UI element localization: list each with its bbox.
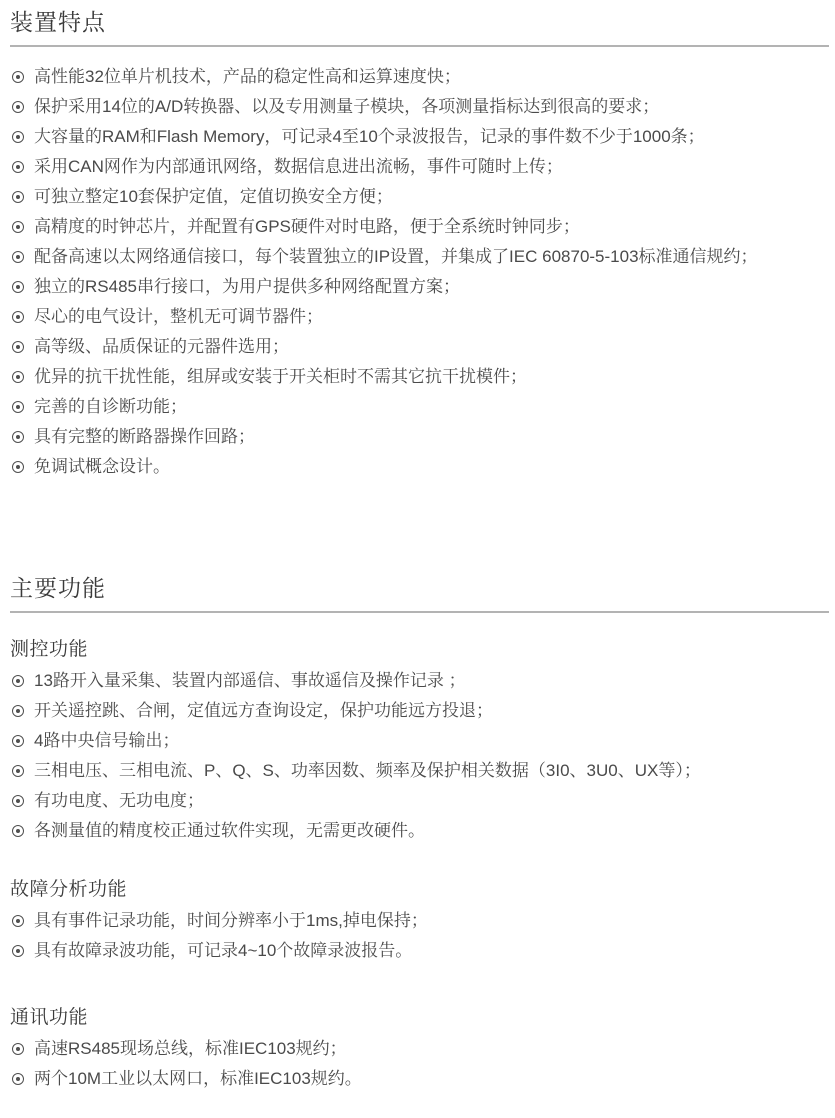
list-item-text: 高等级、品质保证的元器件选用； (34, 332, 289, 362)
list-item: 4路中央信号输出； (10, 726, 829, 756)
section-title-main-functions: 主要功能 (10, 574, 829, 602)
list-item-text: 高性能32位单片机技术，产品的稳定性高和运算速度快； (34, 62, 461, 92)
list-item-text: 免调试概念设计。 (34, 452, 170, 482)
fault-analysis-list: 具有事件记录功能，时间分辨率小于1ms,掉电保持； 具有故障录波功能，可记录4~… (10, 906, 829, 966)
circle-dot-bullet-icon (12, 1043, 24, 1055)
circle-dot-bullet-icon (12, 461, 24, 473)
circle-dot-bullet-icon (12, 371, 24, 383)
list-item: 具有故障录波功能，可记录4~10个故障录波报告。 (10, 936, 829, 966)
circle-dot-bullet-icon (12, 825, 24, 837)
circle-dot-bullet-icon (12, 675, 24, 687)
list-item-text: 尽心的电气设计，整机无可调节器件； (34, 302, 323, 332)
circle-dot-bullet-icon (12, 221, 24, 233)
circle-dot-bullet-icon (12, 1073, 24, 1085)
list-item: 高性能32位单片机技术，产品的稳定性高和运算速度快； (10, 62, 829, 92)
list-item: 独立的RS485串行接口，为用户提供多种网络配置方案； (10, 272, 829, 302)
circle-dot-bullet-icon (12, 705, 24, 717)
list-item: 大容量的RAM和Flash Memory，可记录4至10个录波报告，记录的事件数… (10, 122, 829, 152)
circle-dot-bullet-icon (12, 101, 24, 113)
list-item-text: 具有完整的断路器操作回路； (34, 422, 255, 452)
group-subtitle-communication: 通讯功能 (10, 1006, 829, 1030)
circle-dot-bullet-icon (12, 945, 24, 957)
list-item-text: 采用CAN网作为内部通讯网络，数据信息进出流畅，事件可随时上传； (34, 152, 563, 182)
document-page: 装置特点 高性能32位单片机技术，产品的稳定性高和运算速度快； 保护采用14位的… (0, 0, 835, 1118)
list-item: 各测量值的精度校正通过软件实现，无需更改硬件。 (10, 816, 829, 846)
list-item: 可独立整定10套保护定值，定值切换安全方便； (10, 182, 829, 212)
section-header: 主要功能 (10, 572, 829, 613)
device-features-list: 高性能32位单片机技术，产品的稳定性高和运算速度快； 保护采用14位的A/D转换… (10, 62, 829, 482)
group-fault-analysis: 故障分析功能 具有事件记录功能，时间分辨率小于1ms,掉电保持； 具有故障录波功… (10, 878, 829, 966)
circle-dot-bullet-icon (12, 431, 24, 443)
list-item-text: 可独立整定10套保护定值，定值切换安全方便； (34, 182, 393, 212)
circle-dot-bullet-icon (12, 341, 24, 353)
list-item-text: 13路开入量采集、装置内部遥信、事故遥信及操作记录 ； (34, 666, 466, 696)
list-item-text: 独立的RS485串行接口，为用户提供多种网络配置方案； (34, 272, 460, 302)
circle-dot-bullet-icon (12, 735, 24, 747)
list-item-text: 两个10M工业以太网口，标准IEC103规约。 (34, 1064, 362, 1094)
circle-dot-bullet-icon (12, 311, 24, 323)
list-item-text: 4路中央信号输出； (34, 726, 179, 756)
circle-dot-bullet-icon (12, 251, 24, 263)
group-subtitle-fault-analysis: 故障分析功能 (10, 878, 829, 902)
list-item-text: 大容量的RAM和Flash Memory，可记录4至10个录波报告，记录的事件数… (34, 122, 705, 152)
list-item: 具有事件记录功能，时间分辨率小于1ms,掉电保持； (10, 906, 829, 936)
circle-dot-bullet-icon (12, 915, 24, 927)
circle-dot-bullet-icon (12, 401, 24, 413)
list-item-text: 有功电度、无功电度； (34, 786, 204, 816)
list-item: 具有完整的断路器操作回路； (10, 422, 829, 452)
list-item-text: 高速RS485现场总线，标准IEC103规约； (34, 1034, 347, 1064)
list-item-text: 各测量值的精度校正通过软件实现，无需更改硬件。 (34, 816, 425, 846)
circle-dot-bullet-icon (12, 71, 24, 83)
list-item: 高等级、品质保证的元器件选用； (10, 332, 829, 362)
list-item: 高速RS485现场总线，标准IEC103规约； (10, 1034, 829, 1064)
group-communication: 通讯功能 高速RS485现场总线，标准IEC103规约； 两个10M工业以太网口… (10, 1006, 829, 1094)
section-device-features: 装置特点 高性能32位单片机技术，产品的稳定性高和运算速度快； 保护采用14位的… (10, 6, 829, 482)
list-item: 尽心的电气设计，整机无可调节器件； (10, 302, 829, 332)
list-item: 开关遥控跳、合闸，定值远方查询设定，保护功能远方投退； (10, 696, 829, 726)
list-item: 保护采用14位的A/D转换器、以及专用测量子模块，各项测量指标达到很高的要求； (10, 92, 829, 122)
measure-control-list: 13路开入量采集、装置内部遥信、事故遥信及操作记录 ； 开关遥控跳、合闸，定值远… (10, 666, 829, 846)
list-item-text: 具有故障录波功能，可记录4~10个故障录波报告。 (34, 936, 412, 966)
list-item: 三相电压、三相电流、P、Q、S、功率因数、频率及保护相关数据（3I0、3U0、U… (10, 756, 829, 786)
list-item: 高精度的时钟芯片，并配置有GPS硬件对时电路，便于全系统时钟同步； (10, 212, 829, 242)
list-item: 完善的自诊断功能； (10, 392, 829, 422)
list-item: 采用CAN网作为内部通讯网络，数据信息进出流畅，事件可随时上传； (10, 152, 829, 182)
list-item-text: 优异的抗干扰性能，组屏或安装于开关柜时不需其它抗干扰模件； (34, 362, 527, 392)
list-item-text: 具有事件记录功能，时间分辨率小于1ms,掉电保持； (34, 906, 428, 936)
section-title-device-features: 装置特点 (10, 8, 829, 36)
circle-dot-bullet-icon (12, 161, 24, 173)
section-header: 装置特点 (10, 6, 829, 47)
list-item: 两个10M工业以太网口，标准IEC103规约。 (10, 1064, 829, 1094)
list-item-text: 开关遥控跳、合闸，定值远方查询设定，保护功能远方投退； (34, 696, 493, 726)
circle-dot-bullet-icon (12, 765, 24, 777)
group-measure-control: 测控功能 13路开入量采集、装置内部遥信、事故遥信及操作记录 ； 开关遥控跳、合… (10, 638, 829, 846)
circle-dot-bullet-icon (12, 191, 24, 203)
list-item: 13路开入量采集、装置内部遥信、事故遥信及操作记录 ； (10, 666, 829, 696)
circle-dot-bullet-icon (12, 281, 24, 293)
circle-dot-bullet-icon (12, 131, 24, 143)
list-item: 有功电度、无功电度； (10, 786, 829, 816)
list-item-text: 三相电压、三相电流、P、Q、S、功率因数、频率及保护相关数据（3I0、3U0、U… (34, 756, 701, 786)
group-subtitle-measure-control: 测控功能 (10, 638, 829, 662)
list-item: 优异的抗干扰性能，组屏或安装于开关柜时不需其它抗干扰模件； (10, 362, 829, 392)
list-item-text: 保护采用14位的A/D转换器、以及专用测量子模块，各项测量指标达到很高的要求； (34, 92, 659, 122)
list-item: 免调试概念设计。 (10, 452, 829, 482)
list-item: 配备高速以太网络通信接口，每个装置独立的IP设置，并集成了IEC 60870-5… (10, 242, 829, 272)
list-item-text: 完善的自诊断功能； (34, 392, 187, 422)
communication-list: 高速RS485现场总线，标准IEC103规约； 两个10M工业以太网口，标准IE… (10, 1034, 829, 1094)
list-item-text: 高精度的时钟芯片，并配置有GPS硬件对时电路，便于全系统时钟同步； (34, 212, 580, 242)
list-item-text: 配备高速以太网络通信接口，每个装置独立的IP设置，并集成了IEC 60870-5… (34, 242, 758, 272)
section-main-functions: 主要功能 测控功能 13路开入量采集、装置内部遥信、事故遥信及操作记录 ； 开关… (10, 572, 829, 1094)
circle-dot-bullet-icon (12, 795, 24, 807)
